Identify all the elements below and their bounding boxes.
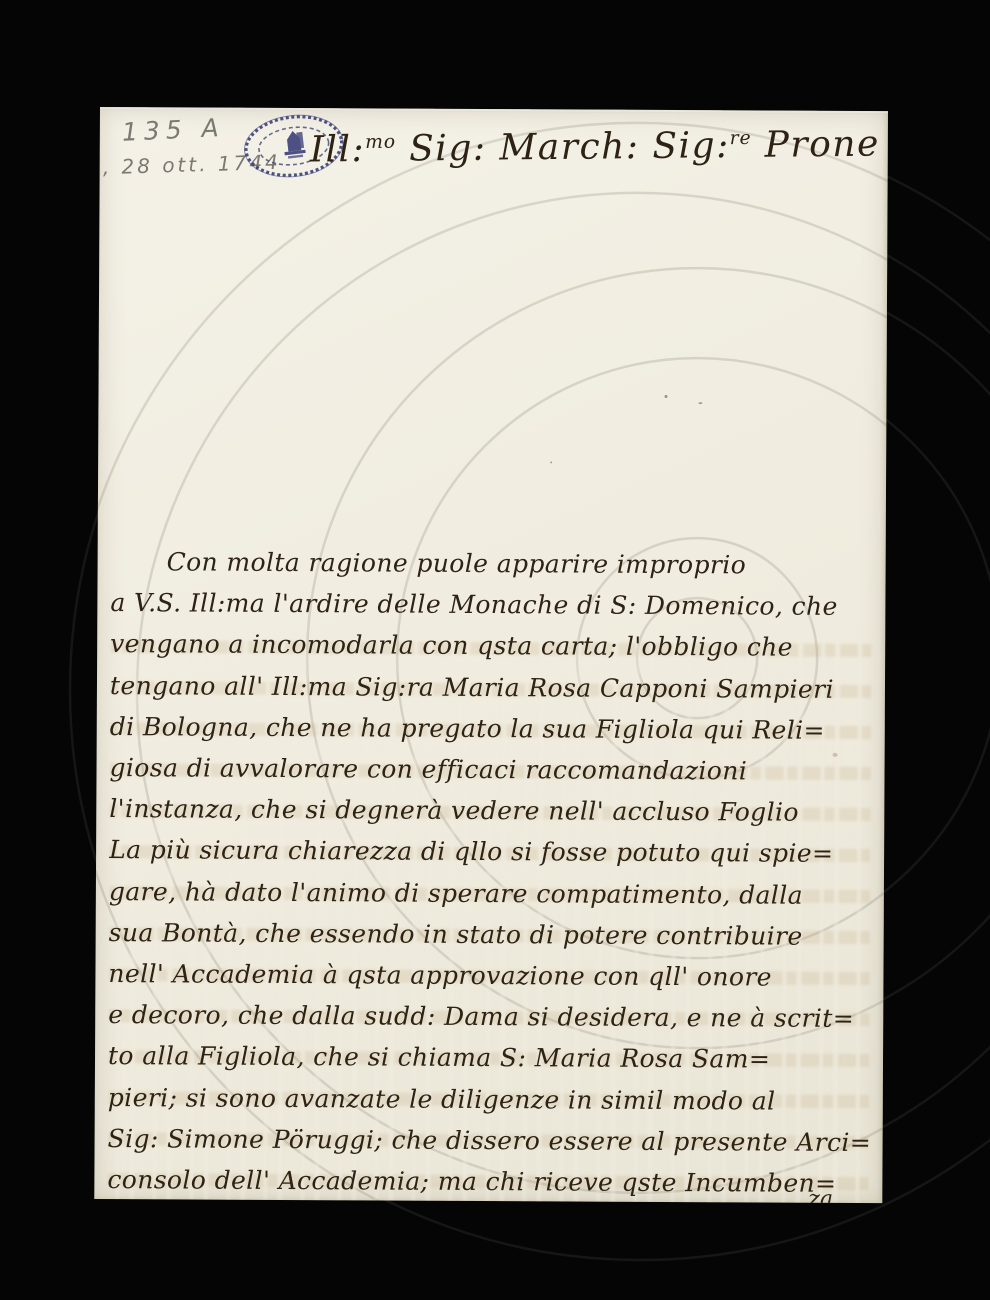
letter-body-line: a V.S. Ill:ma l'ardire delle Monache di … [110, 582, 882, 627]
salutation-segment: Sig: March: Sig:re [396, 125, 752, 170]
salutation-text: Prone Col: [752, 123, 888, 166]
foxing-speck [698, 402, 702, 404]
letter-body-line: Con molta ragione puole apparire impropr… [111, 541, 883, 586]
salutation-segment: Ill:mo [310, 129, 397, 171]
salutation-segment: Prone Col:mo [752, 122, 888, 166]
letter-body: Con molta ragione puole apparire impropr… [107, 541, 882, 1203]
foxing-speck [664, 395, 667, 398]
letter-body-line: giosa di avvalorare con efficaci raccoma… [109, 747, 881, 792]
letter-body-line: pieri; si sono avanzate le diligenze in … [108, 1077, 880, 1122]
letter-body-line: sua Bontà, che essendo in stato di poter… [109, 912, 881, 957]
salutation-superscript: mo [365, 132, 396, 153]
salutation-text: Ill: [310, 129, 366, 171]
manuscript-page: 135 A , 28 ott. 1744 Ill:mo Sig: March: … [94, 107, 888, 1203]
letter-body-line: gare, hà dato l'animo di sperare compati… [109, 871, 881, 916]
letter-body-line: e decoro, che dalla sudd: Dama si deside… [108, 994, 880, 1039]
letter-body-line: di Bologna, che ne ha pregato la sua Fig… [110, 706, 882, 751]
letter-body-line: consolo dell' Accademia; ma chi riceve q… [107, 1159, 879, 1203]
letter-body-line: La più sicura chiarezza di qllo si fosse… [109, 829, 881, 874]
letter-body-line: tengano all' Ill:ma Sig:ra Maria Rosa Ca… [110, 665, 882, 710]
letter-salutation: Ill:mo Sig: March: Sig:re Prone Col:mo [310, 122, 888, 170]
letter-body-line: to alla Figliola, che si chiama S: Maria… [108, 1035, 880, 1080]
pencil-folio-number: 135 A [121, 113, 225, 147]
catchword: za [808, 1187, 833, 1203]
letter-body-line: Sig: Simone Pöruggi; che dissero essere … [107, 1118, 879, 1163]
salutation-text: Sig: March: Sig: [396, 125, 730, 169]
foxing-speck [550, 461, 552, 463]
letter-body-line: nell' Accademia à qsta approvazione con … [108, 953, 880, 998]
letter-body-line: vengano a incomodarla con qsta carta; l'… [110, 623, 882, 668]
letter-body-line: l'instanza, che si degnerà vedere nell' … [109, 788, 881, 833]
photograph-black-mat: 135 A , 28 ott. 1744 Ill:mo Sig: March: … [0, 0, 990, 1300]
salutation-superscript: re [730, 128, 752, 149]
